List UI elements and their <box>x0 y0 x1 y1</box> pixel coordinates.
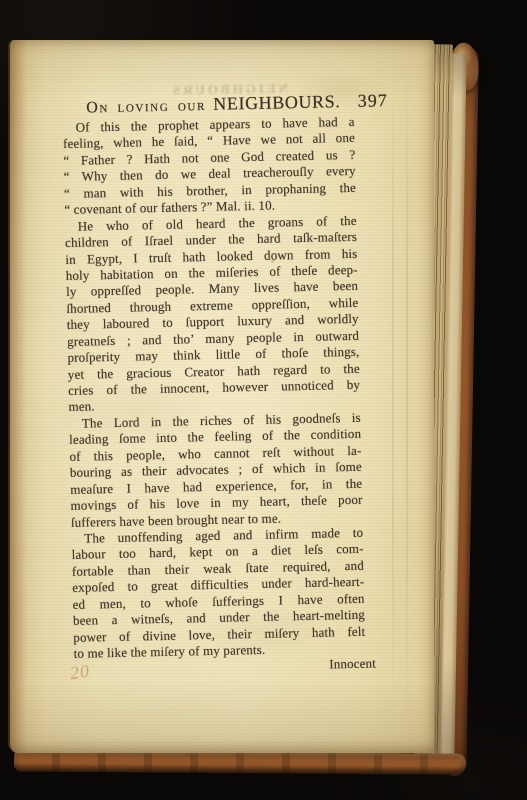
page-crease <box>406 70 408 723</box>
handwritten-mark: 20 <box>69 661 92 685</box>
paragraph: The Lord in the riches of his goodneſs i… <box>69 410 363 531</box>
running-header-title-smallcaps: On loving our <box>86 97 206 117</box>
book-cover-edge-bottom <box>14 750 466 774</box>
book-page: NEIGHBOURS On loving our NEIGHBOURS. 397… <box>8 40 434 753</box>
running-header-title-caps: NEIGHBOURS. <box>213 91 341 114</box>
text-body: Of this the prophet appears to have had … <box>63 114 366 662</box>
page-crease <box>392 70 394 723</box>
paragraph: The unoffending aged and infirm made tol… <box>71 525 366 663</box>
paragraph: Of this the prophet appears to have had … <box>63 114 357 219</box>
photo-background: NEIGHBOURS On loving our NEIGHBOURS. 397… <box>0 0 527 800</box>
running-header: On loving our NEIGHBOURS. 397 <box>62 90 354 118</box>
page-text-block: On loving our NEIGHBOURS. 397 Of this th… <box>62 90 366 679</box>
page-number: 397 <box>358 90 388 111</box>
paragraph: He who of old heard the groans of thechi… <box>65 212 361 415</box>
